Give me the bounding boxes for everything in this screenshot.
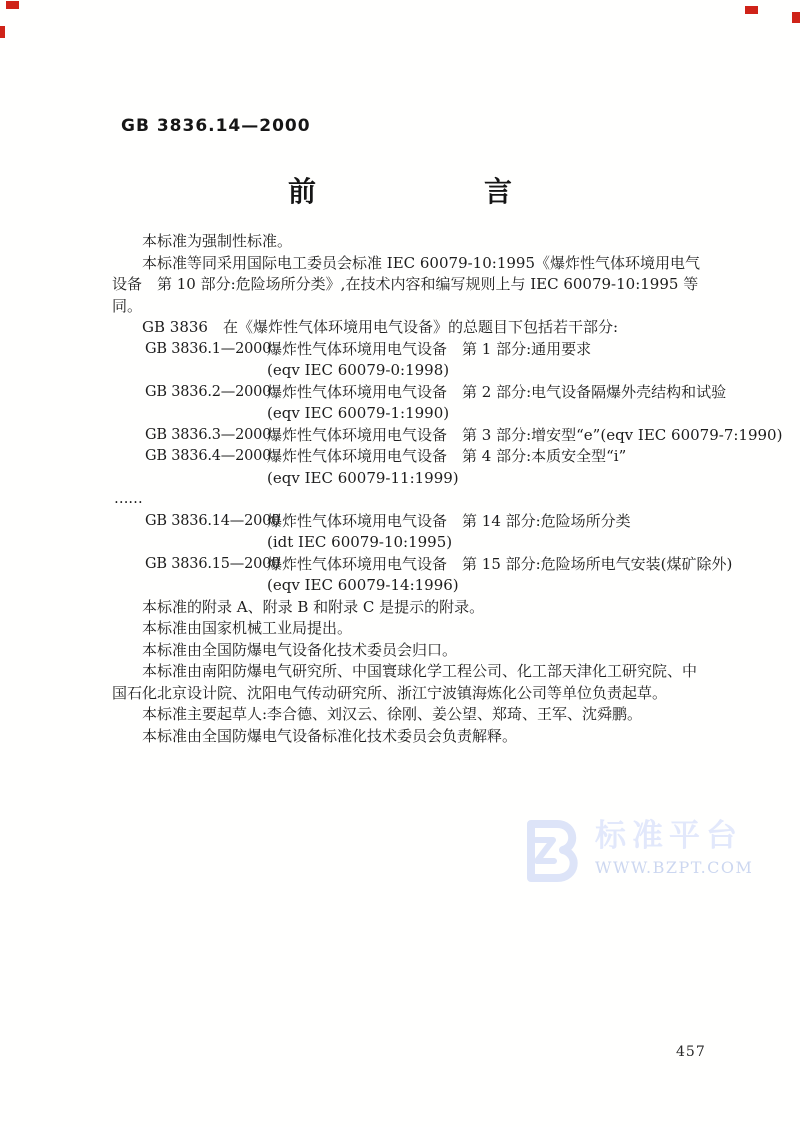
- standard-iec-ref: (eqv IEC 60079-14:1996): [267, 575, 732, 597]
- standard-code: GB 3836.15—2000: [145, 554, 267, 597]
- standard-title: 爆炸性气体环境用电气设备 第 4 部分:本质安全型“i”: [267, 446, 710, 468]
- standard-entry: GB 3836.15—2000 爆炸性气体环境用电气设备 第 15 部分:危险场…: [145, 554, 710, 597]
- scan-artifact-red-mark: [0, 26, 5, 38]
- paragraph: 本标准由国家机械工业局提出。: [112, 618, 710, 640]
- standard-title: 爆炸性气体环境用电气设备 第 14 部分:危险场所分类: [267, 511, 710, 533]
- watermark-name: 标准平台: [595, 818, 753, 854]
- standard-number: GB 3836.14—2000: [121, 116, 311, 136]
- standard-code: GB 3836.14—2000: [145, 511, 267, 554]
- standard-title: 爆炸性气体环境用电气设备 第 3 部分:增安型“e”(eqv IEC 60079…: [267, 425, 782, 447]
- watermark: 标准平台 WWW.BZPT.COM: [519, 818, 753, 884]
- standard-entry: GB 3836.14—2000 爆炸性气体环境用电气设备 第 14 部分:危险场…: [145, 511, 710, 554]
- standard-entry: GB 3836.3—2000 爆炸性气体环境用电气设备 第 3 部分:增安型“e…: [145, 425, 710, 447]
- page-number: 457: [676, 1044, 706, 1060]
- standard-entry: ……: [114, 489, 710, 511]
- paragraph: 本标准主要起草人:李合德、刘汉云、徐刚、姜公望、郑琦、王军、沈舜鹏。: [112, 704, 710, 726]
- standard-title: 爆炸性气体环境用电气设备 第 2 部分:电气设备隔爆外壳结构和试验: [267, 382, 726, 404]
- standard-code: GB 3836.1—2000: [145, 339, 267, 382]
- foreword-body: 本标准为强制性标准。本标准等同采用国际电工委员会标准 IEC 60079-10:…: [112, 231, 710, 747]
- paragraph: 本标准的附录 A、附录 B 和附录 C 是提示的附录。: [112, 597, 710, 619]
- standard-code: ……: [114, 489, 236, 511]
- scan-artifact-red-mark: [6, 1, 19, 9]
- paragraph: 本标准由南阳防爆电气研究所、中国寰球化学工程公司、化工部天津化工研究院、中国石化…: [112, 661, 710, 704]
- standard-entry: GB 3836.1—2000 爆炸性气体环境用电气设备 第 1 部分:通用要求 …: [145, 339, 710, 382]
- bzpt-logo-icon: [519, 818, 585, 884]
- standards-list: GB 3836.1—2000 爆炸性气体环境用电气设备 第 1 部分:通用要求 …: [112, 339, 710, 597]
- standard-entry: GB 3836.2—2000 爆炸性气体环境用电气设备 第 2 部分:电气设备隔…: [145, 382, 710, 425]
- paragraph: 本标准由全国防爆电气设备标准化技术委员会负责解释。: [112, 726, 710, 748]
- standard-code: GB 3836.3—2000: [145, 425, 267, 447]
- scan-artifact-red-mark: [745, 6, 758, 14]
- paragraph: 本标准等同采用国际电工委员会标准 IEC 60079-10:1995《爆炸性气体…: [112, 253, 710, 318]
- scanned-standard-page: GB 3836.14—2000 前言 本标准为强制性标准。本标准等同采用国际电工…: [0, 0, 800, 1127]
- standard-code: GB 3836.4—2000: [145, 446, 267, 489]
- standard-code: GB 3836.2—2000: [145, 382, 267, 425]
- standard-title: 爆炸性气体环境用电气设备 第 15 部分:危险场所电气安装(煤矿除外): [267, 554, 732, 576]
- closing-paragraphs: 本标准的附录 A、附录 B 和附录 C 是提示的附录。本标准由国家机械工业局提出…: [112, 597, 710, 748]
- standard-iec-ref: (idt IEC 60079-10:1995): [267, 532, 710, 554]
- paragraph: 本标准由全国防爆电气设备化技术委员会归口。: [112, 640, 710, 662]
- paragraph: 本标准为强制性标准。: [112, 231, 710, 253]
- standard-iec-ref: (eqv IEC 60079-1:1990): [267, 403, 726, 425]
- standard-iec-ref: (eqv IEC 60079-11:1999): [267, 468, 710, 490]
- page-title: 前言: [0, 170, 800, 210]
- scan-artifact-red-mark: [792, 12, 800, 23]
- standard-entry: GB 3836.4—2000 爆炸性气体环境用电气设备 第 4 部分:本质安全型…: [145, 446, 710, 489]
- standard-iec-ref: (eqv IEC 60079-0:1998): [267, 360, 710, 382]
- watermark-url: WWW.BZPT.COM: [595, 858, 753, 878]
- standard-title: 爆炸性气体环境用电气设备 第 1 部分:通用要求: [267, 339, 710, 361]
- intro-paragraphs: 本标准为强制性标准。本标准等同采用国际电工委员会标准 IEC 60079-10:…: [112, 231, 710, 339]
- paragraph: GB 3836 在《爆炸性气体环境用电气设备》的总题目下包括若干部分:: [112, 317, 710, 339]
